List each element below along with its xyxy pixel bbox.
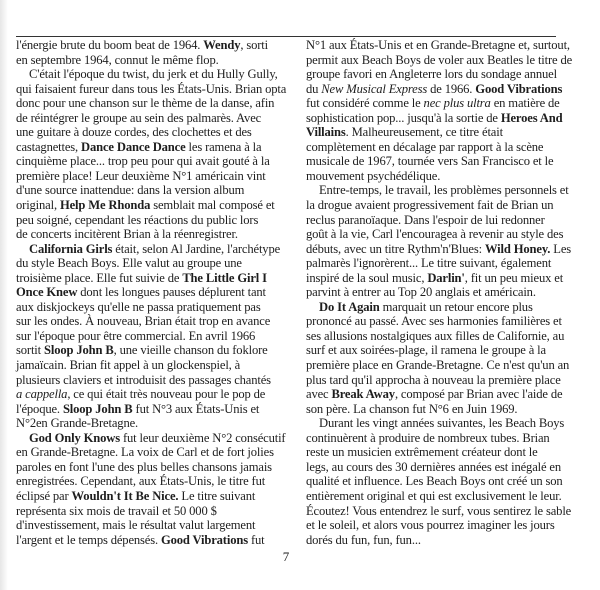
text-run: reste un musicien extrêmement créateur d… (306, 445, 538, 459)
text-run: sophistication pop... jusqu'à la sortie … (306, 111, 501, 125)
text-run: fut leur deuxième N°2 consécutif (120, 431, 286, 445)
text-run: dont les longues pauses déplurent tant (77, 285, 266, 299)
text-run: première place! Leur deuxième N°1 améric… (16, 169, 266, 183)
song-title: Heroes And (501, 111, 563, 125)
text-line: sophistication pop... jusqu'à la sortie … (306, 111, 578, 126)
text-line: avec Break Away, composé par Brian avec … (306, 387, 578, 402)
text-line: fut considéré comme le nec plus ultra en… (306, 96, 578, 111)
text-run: Entre-temps, le travail, les problèmes p… (319, 183, 569, 197)
text-line: peu soigné, cependant les réactions du p… (16, 213, 282, 228)
text-run: musicale de 1967, tournée vers San Franc… (306, 154, 553, 168)
text-run: goût à la vie, Carl l'encouragea à reven… (306, 227, 563, 241)
text-line: Écoutez! Vous entendrez le surf, vous se… (306, 504, 578, 519)
text-run: jamaïcain. Brian fit appel à un glockens… (16, 358, 240, 372)
text-line: entièrement original et qui est exclusiv… (306, 489, 578, 504)
text-line: Entre-temps, le travail, les problèmes p… (306, 183, 578, 198)
text-line: dorés du fun, fun, fun... (306, 533, 578, 548)
text-run: , composé par Brian avec l'aide de (395, 387, 562, 401)
text-line: musicale de 1967, tournée vers San Franc… (306, 154, 578, 169)
text-run: du style Beach Boys. Elle valut au group… (16, 256, 242, 270)
text-line: God Only Knows fut leur deuxième N°2 con… (16, 431, 282, 446)
text-line: mouvement psychédélique. (306, 169, 578, 184)
text-line: paroles en font l'une des plus belles ch… (16, 460, 282, 475)
text-line: legs, au cours des 30 dernières années e… (306, 460, 578, 475)
song-title: Once Knew (16, 285, 77, 299)
text-line: permit aux Beach Boys de voler aux Beatl… (306, 53, 578, 68)
text-run: legs, au cours des 30 dernières années e… (306, 460, 561, 474)
text-run: N°1 aux États-Unis et en Grande-Bretagne… (306, 38, 570, 52)
song-title: The Little Girl I (182, 271, 267, 285)
text-line: sur les ondes. À nouveau, Brian était tr… (16, 314, 282, 329)
text-line: castagnettes, Dance Dance Dance les rame… (16, 140, 282, 155)
song-title: Darlin' (427, 271, 464, 285)
text-run: N°2en Grande-Bretagne. (16, 416, 138, 430)
text-run: semblait mal composé et (150, 198, 274, 212)
italic-term: a cappella (16, 387, 67, 401)
text-run: surf et aux soirées-plage, il ramena le … (306, 343, 546, 357)
text-line: reste un musicien extrêmement créateur d… (306, 445, 578, 460)
text-line: Durant les vingt années suivantes, les B… (306, 416, 578, 431)
text-line: sortit Sloop John B, une vieille chanson… (16, 343, 282, 358)
text-run: paroles en font l'une des plus belles ch… (16, 460, 272, 474)
text-run: était, selon Al Jardine, l'archétype (112, 242, 280, 256)
text-line: d'une source inattendue: dans la version… (16, 183, 282, 198)
text-line: parvint à entrer au Top 20 anglais et am… (306, 285, 578, 300)
text-run: marquait un retour encore plus (380, 300, 533, 314)
text-run: complètement en décalage par rapport à l… (306, 140, 543, 154)
song-title: Sloop John B (63, 402, 133, 416)
text-run: sur l'époque pour être commercial. En av… (16, 329, 255, 343)
song-title: California Girls (29, 242, 112, 256)
text-run: en Grande-Bretagne. La voix de Carl et d… (16, 445, 274, 459)
text-run: Durant les vingt années suivantes, les B… (319, 416, 564, 430)
text-run: la drogue avaient progressivement fait d… (306, 198, 553, 212)
text-line: complètement en décalage par rapport à l… (306, 140, 578, 155)
text-run: permit aux Beach Boys de voler aux Beatl… (306, 53, 572, 67)
text-run: éclipsé par (16, 489, 72, 503)
text-line: reclus paranoïaque. Dans l'espoir de lui… (306, 213, 578, 228)
song-title: Break Away (331, 387, 394, 401)
text-run: son père. La chanson fut N°6 en Juin 196… (306, 402, 517, 416)
text-line: une guitare à douze cordes, des clochett… (16, 125, 282, 140)
text-run: C'était l'époque du twist, du jerk et du… (29, 67, 278, 81)
text-line: première place en Grande-Bretagne. Ce n'… (306, 358, 578, 373)
text-line: donc pour une chanson sur le thème de la… (16, 96, 282, 111)
text-line: représenta six mois de travail et 50 000… (16, 504, 282, 519)
text-run: Les (550, 242, 571, 256)
text-line: de réintégrer le groupe au sein des palm… (16, 111, 282, 126)
text-run: une guitare à douze cordes, des clochett… (16, 125, 252, 139)
song-title: God Only Knows (29, 431, 120, 445)
text-run: de réintégrer le groupe au sein des palm… (16, 111, 261, 125)
text-run: en septembre 1964, connut le même flop. (16, 53, 219, 67)
text-run: du (306, 82, 321, 96)
text-run: prononcé au passé. Avec ses harmonies fa… (306, 314, 562, 328)
text-run: l'époque. (16, 402, 63, 416)
text-run: , ce qui était très nouveau pour le pop … (67, 387, 265, 401)
text-run: original, (16, 198, 60, 212)
text-run: groupe favori en Angleterre lors du sond… (306, 67, 557, 81)
text-line: Villains. Malheureusement, ce titre étai… (306, 125, 578, 140)
text-line: palmarès l'ignorèrent... Le titre suivan… (306, 256, 578, 271)
text-line: d'investissement, mais le résultat valut… (16, 518, 282, 533)
text-run: entièrement original et qui est exclusiv… (306, 489, 562, 503)
text-run: débuts, avec un titre Rythm'n'Blues: (306, 242, 485, 256)
text-line: de concerts incitèrent Brian à la réenre… (16, 227, 282, 242)
text-line: original, Help Me Rhonda semblait mal co… (16, 198, 282, 213)
text-line: l'argent et le temps dépensés. Good Vibr… (16, 533, 282, 548)
song-title: Good Vibrations (475, 82, 562, 96)
text-run: fut (248, 533, 265, 547)
song-title: Sloop John B (44, 343, 114, 357)
text-line: plusieurs claviers et introduisit des pa… (16, 373, 282, 388)
top-rule (16, 36, 556, 37)
text-run: de 1966. (427, 82, 475, 96)
text-run: palmarès l'ignorèrent... Le titre suivan… (306, 256, 551, 270)
text-run: troisième place. Elle fut suivie de (16, 271, 182, 285)
text-run: reclus paranoïaque. Dans l'espoir de lui… (306, 213, 545, 227)
text-line: éclipsé par Wouldn't It Be Nice. Le titr… (16, 489, 282, 504)
text-line: Do It Again marquait un retour encore pl… (306, 300, 578, 315)
text-run: parvint à entrer au Top 20 anglais et am… (306, 285, 536, 299)
text-run: castagnettes, (16, 140, 81, 154)
text-run: première place en Grande-Bretagne. Ce n'… (306, 358, 569, 372)
text-line: California Girls était, selon Al Jardine… (16, 242, 282, 257)
text-run: qui faisaient fureur dans tous les États… (16, 82, 286, 96)
text-line: N°1 aux États-Unis et en Grande-Bretagne… (306, 38, 578, 53)
text-run: représenta six mois de travail et 50 000… (16, 504, 217, 518)
text-run: fut N°3 aux États-Unis et (133, 402, 260, 416)
song-title: Villains (306, 125, 346, 139)
text-run: sortit (16, 343, 44, 357)
text-run: Écoutez! Vous entendrez le surf, vous se… (306, 504, 571, 518)
text-line: première place! Leur deuxième N°1 améric… (16, 169, 282, 184)
text-line: ses allusions nostalgiques aux filles de… (306, 329, 578, 344)
italic-term: New Musical Express (321, 82, 427, 96)
text-run: cinquième place... trop peu pour qui ava… (16, 154, 270, 168)
song-title: Do It Again (319, 300, 380, 314)
text-run: , une vieille chanson du foklore (114, 343, 268, 357)
text-line: cinquième place... trop peu pour qui ava… (16, 154, 282, 169)
page-edge-shadow (0, 0, 8, 590)
text-run: les ramena à la (186, 140, 262, 154)
text-line: son père. La chanson fut N°6 en Juin 196… (306, 402, 578, 417)
text-run: inspiré de la soul music, (306, 271, 427, 285)
text-line: Once Knew dont les longues pauses déplur… (16, 285, 282, 300)
text-line: qui faisaient fureur dans tous les États… (16, 82, 282, 97)
text-line: prononcé au passé. Avec ses harmonies fa… (306, 314, 578, 329)
text-line: continuèrent à produire de nombreux tube… (306, 431, 578, 446)
text-run: , fit un peu mieux et (465, 271, 563, 285)
text-line: groupe favori en Angleterre lors du sond… (306, 67, 578, 82)
text-run: ses allusions nostalgiques aux filles de… (306, 329, 564, 343)
text-line: jamaïcain. Brian fit appel à un glockens… (16, 358, 282, 373)
text-run: et le soleil, et alors vous pourrez imag… (306, 518, 555, 532)
text-run: sur les ondes. À nouveau, Brian était tr… (16, 314, 270, 328)
song-title: Wouldn't It Be Nice. (72, 489, 179, 503)
text-run: . Malheureusement, ce titre était (346, 125, 503, 139)
text-run: continuèrent à produire de nombreux tube… (306, 431, 550, 445)
text-run: d'une source inattendue: dans la version… (16, 183, 244, 197)
text-line: plus tard qu'il approcha à nouveau la pr… (306, 373, 578, 388)
text-line: l'époque. Sloop John B fut N°3 aux États… (16, 402, 282, 417)
text-run: qualité et influence. Les Beach Boys ont… (306, 474, 563, 488)
text-run: l'énergie brute du boom beat de 1964. (16, 38, 203, 52)
text-line: du style Beach Boys. Elle valut au group… (16, 256, 282, 271)
song-title: Dance Dance Dance (81, 140, 185, 154)
text-line: en septembre 1964, connut le même flop. (16, 53, 282, 68)
page-number: 7 (280, 549, 292, 565)
text-line: a cappella, ce qui était très nouveau po… (16, 387, 282, 402)
text-line: inspiré de la soul music, Darlin', fit u… (306, 271, 578, 286)
text-run: d'investissement, mais le résultat valut… (16, 518, 255, 532)
text-line: et le soleil, et alors vous pourrez imag… (306, 518, 578, 533)
text-line: C'était l'époque du twist, du jerk et du… (16, 67, 282, 82)
song-title: Good Vibrations (161, 533, 248, 547)
text-line: la drogue avaient progressivement fait d… (306, 198, 578, 213)
text-run: donc pour une chanson sur le thème de la… (16, 96, 274, 110)
text-run: dorés du fun, fun, fun... (306, 533, 421, 547)
song-title: Help Me Rhonda (60, 198, 150, 212)
text-run: mouvement psychédélique. (306, 169, 440, 183)
text-line: l'énergie brute du boom beat de 1964. We… (16, 38, 282, 53)
text-run: fut considéré comme le (306, 96, 424, 110)
text-run: en matière de (491, 96, 560, 110)
text-line: N°2en Grande-Bretagne. (16, 416, 282, 431)
text-line: troisième place. Elle fut suivie de The … (16, 271, 282, 286)
text-line: qualité et influence. Les Beach Boys ont… (306, 474, 578, 489)
text-line: surf et aux soirées-plage, il ramena le … (306, 343, 578, 358)
text-run: plus tard qu'il approcha à nouveau la pr… (306, 373, 561, 387)
text-line: enregistrées. Cependant, aux États-Unis,… (16, 474, 282, 489)
text-line: du New Musical Express de 1966. Good Vib… (306, 82, 578, 97)
text-run: Le titre suivant (178, 489, 255, 503)
text-run: aux diskjockeys qu'elle ne passa pratiqu… (16, 300, 261, 314)
text-run: , sorti (240, 38, 268, 52)
text-line: goût à la vie, Carl l'encouragea à reven… (306, 227, 578, 242)
song-title: Wild Honey. (485, 242, 550, 256)
text-line: sur l'époque pour être commercial. En av… (16, 329, 282, 344)
text-line: débuts, avec un titre Rythm'n'Blues: Wil… (306, 242, 578, 257)
text-run: peu soigné, cependant les réactions du p… (16, 213, 258, 227)
text-line: en Grande-Bretagne. La voix de Carl et d… (16, 445, 282, 460)
song-title: Wendy (203, 38, 240, 52)
text-run: plusieurs claviers et introduisit des pa… (16, 373, 271, 387)
left-column: l'énergie brute du boom beat de 1964. We… (16, 38, 282, 547)
text-run: enregistrées. Cependant, aux États-Unis,… (16, 474, 265, 488)
text-run: l'argent et le temps dépensés. (16, 533, 161, 547)
right-column: N°1 aux États-Unis et en Grande-Bretagne… (306, 38, 578, 547)
text-line: aux diskjockeys qu'elle ne passa pratiqu… (16, 300, 282, 315)
text-run: de concerts incitèrent Brian à la réenre… (16, 227, 238, 241)
italic-term: nec plus ultra (424, 96, 491, 110)
text-run: avec (306, 387, 331, 401)
